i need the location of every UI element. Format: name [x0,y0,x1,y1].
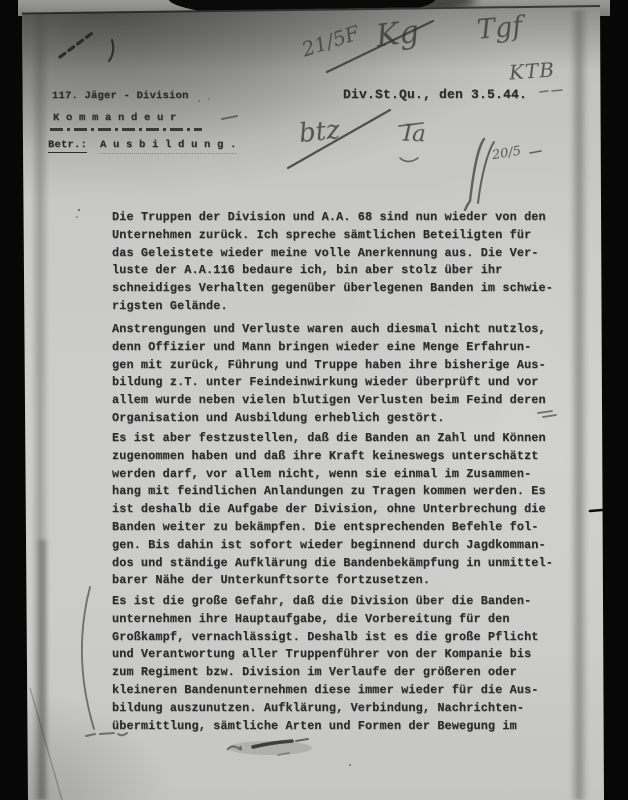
commander-title: K o m m a n d e u r [53,112,177,124]
paper-crease-left-lower [36,540,49,800]
paper-crease-left [31,0,49,800]
pencil-paraph-date: 20/5 [491,144,522,163]
scanned-document-photo: { "colors":{ "background":"#070707", "pa… [0,0,628,800]
subject-label: Betr.: [48,139,87,153]
unit-designation: 117. Jäger - Division [52,90,189,102]
pencil-note-kg-crossed: Kg [374,14,421,55]
pencil-note-btz-crossed: btz [298,115,342,149]
paper-crease-right [570,10,588,800]
pencil-note-fraction: 21/5F [299,21,362,62]
paragraph-3: Es ist aber festzustellen, daß die Bande… [112,430,562,590]
paragraph-1: Die Truppen der Division und A.A. 68 sin… [112,209,562,316]
paragraph-4: Es ist die große Gefahr, daß die Divisio… [112,593,562,735]
subject-text: A u s b i l d u n g . [100,139,237,154]
commander-underline [50,128,202,131]
pencil-note-ia: Ia [403,121,427,148]
document-page: 117. Jäger - Division K o m m a n d e u … [0,0,628,800]
pencil-note-tgf: Tgf [476,11,524,46]
place-date-line: Div.St.Qu., den 3.5.44. [343,87,527,102]
pencil-note-ktb: KTB [508,57,556,84]
paragraph-2: Anstrengungen und Verluste waren auch di… [112,321,562,428]
subject-line: Betr.: A u s b i l d u n g . [48,139,237,154]
